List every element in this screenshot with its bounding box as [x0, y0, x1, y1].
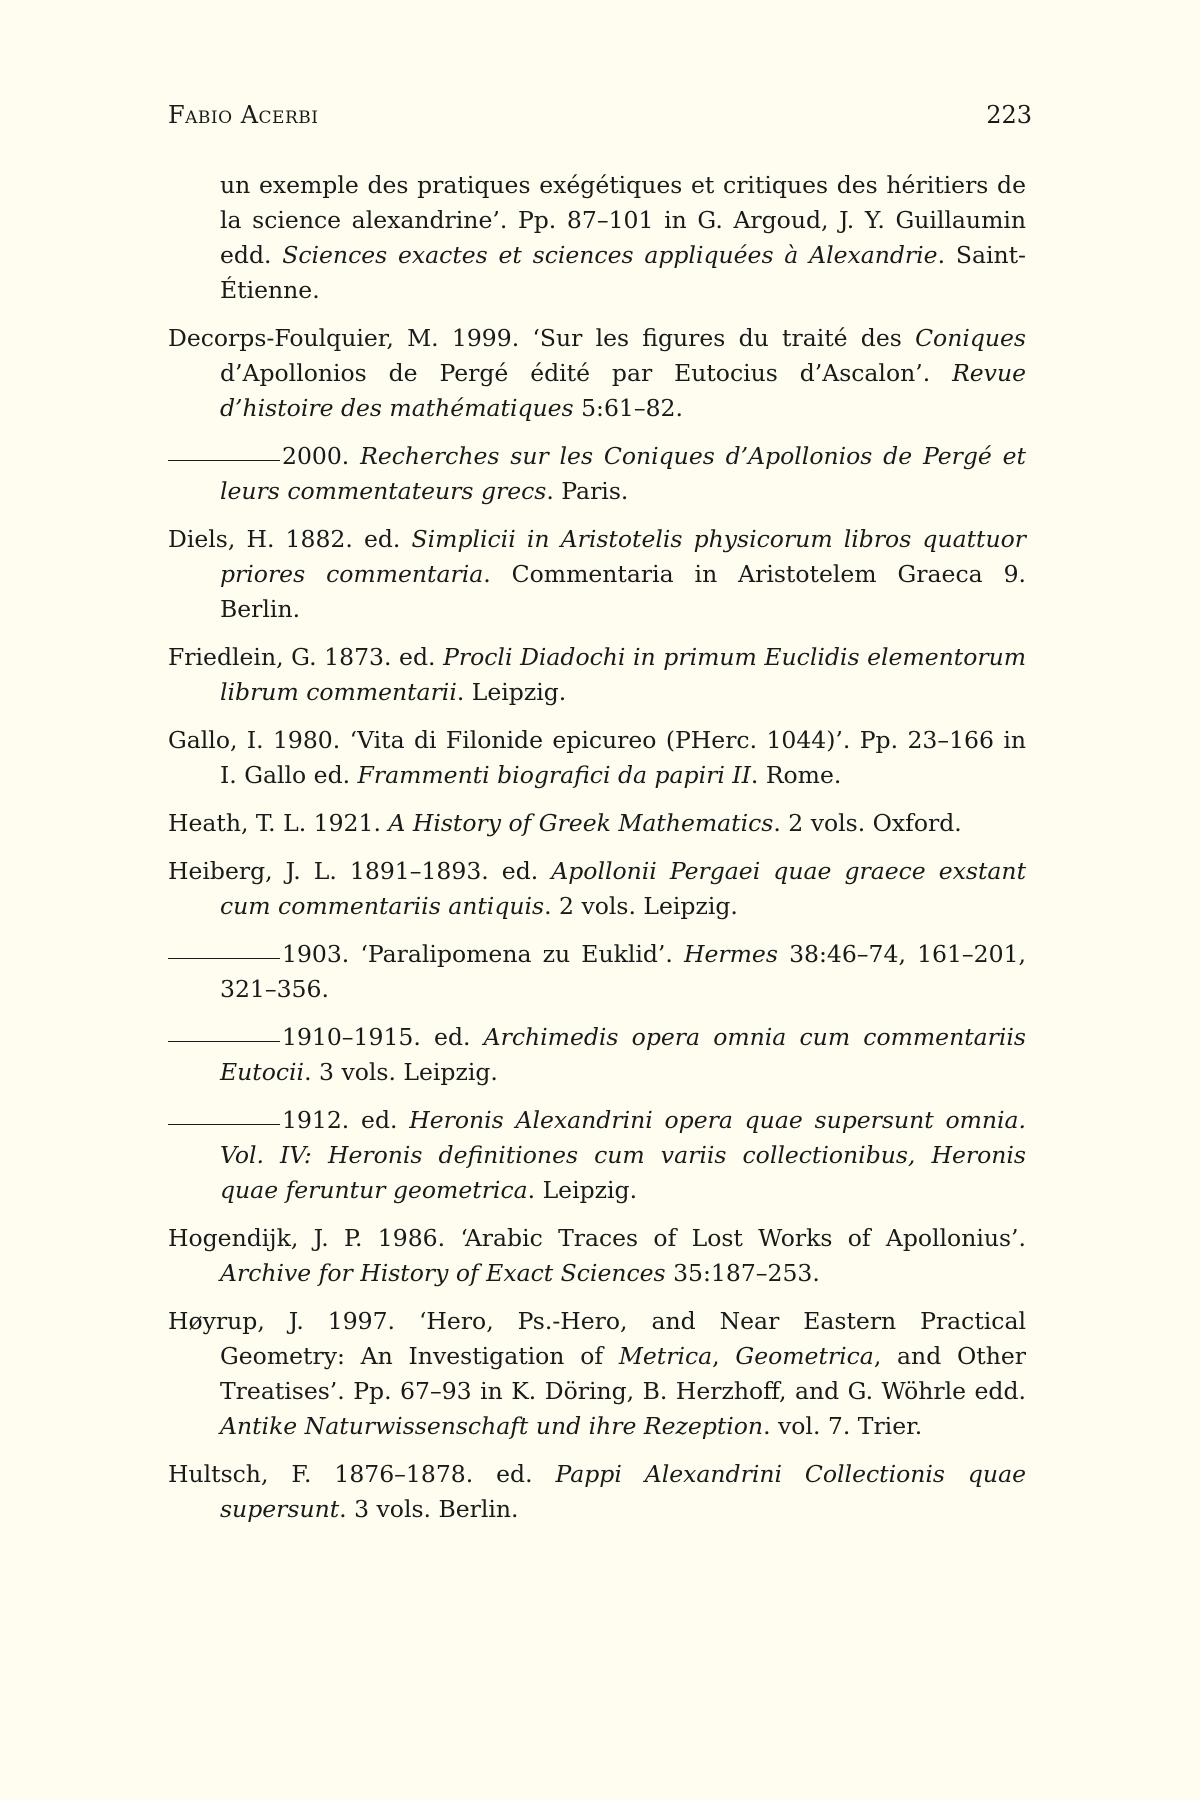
same-author-rule	[168, 1041, 280, 1042]
bibliography-entry: Heath, T. L. 1921. A History of Greek Ma…	[168, 806, 1026, 841]
citation-text: 1903. ‘Paralipomena zu Euklid’.	[282, 940, 684, 968]
citation-text: ,	[712, 1342, 735, 1370]
bibliography-entry: 2000. Recherches sur les Coniques d’Apol…	[168, 439, 1026, 509]
title-italic: A History of Greek Mathematics	[388, 809, 773, 837]
title-italic: Metrica	[619, 1342, 712, 1370]
title-italic: Frammenti biografici da papiri II	[358, 761, 751, 789]
same-author-rule	[168, 460, 280, 461]
bibliography-entry: 1903. ‘Paralipomena zu Euklid’. Hermes 3…	[168, 937, 1026, 1007]
bibliography-entry: Hogendijk, J. P. 1986. ‘Arabic Traces of…	[168, 1221, 1026, 1291]
citation-text: . 2 vols. Leipzig.	[544, 892, 738, 920]
citation-text: . vol. 7. Trier.	[763, 1412, 922, 1440]
citation-text: . Paris.	[546, 477, 628, 505]
page-number: 223	[986, 100, 1032, 130]
citation-text: 1910–1915. ed.	[282, 1023, 484, 1051]
bibliography-entry-continued: un exemple des pratiques exégétiques et …	[168, 168, 1026, 308]
citation-text: Diels, H. 1882. ed.	[168, 525, 412, 553]
title-italic: Archive for History of Exact Sciences	[220, 1259, 666, 1287]
citation-text: Heiberg, J. L. 1891–1893. ed.	[168, 857, 551, 885]
bibliography-entry: Decorps-Foulquier, M. 1999. ‘Sur les fig…	[168, 321, 1026, 426]
same-author-rule	[168, 958, 280, 959]
citation-text: . Leipzig.	[457, 678, 566, 706]
bibliography-entry: Høyrup, J. 1997. ‘Hero, Ps.-Hero, and Ne…	[168, 1304, 1026, 1444]
citation-text: 2000.	[282, 442, 360, 470]
bibliography-list: un exemple des pratiques exégétiques et …	[168, 168, 1026, 1540]
citation-text: Hultsch, F. 1876–1878. ed.	[168, 1460, 555, 1488]
title-italic: Geometrica	[735, 1342, 873, 1370]
running-head-author: Fabio Acerbi	[168, 100, 318, 130]
citation-text: . Leipzig.	[528, 1176, 637, 1204]
citation-text: 35:187–253.	[666, 1259, 820, 1287]
citation-text: Friedlein, G. 1873. ed.	[168, 643, 443, 671]
citation-text: Decorps-Foulquier, M. 1999. ‘Sur les fig…	[168, 324, 915, 352]
citation-text: . 3 vols. Leipzig.	[304, 1058, 498, 1086]
citation-text: Hogendijk, J. P. 1986. ‘Arabic Traces of…	[168, 1224, 1026, 1252]
citation-text: 5:61–82.	[574, 394, 683, 422]
bibliography-entry: 1910–1915. ed. Archimedis opera omnia cu…	[168, 1020, 1026, 1090]
title-italic: Antike Naturwissenschaft und ihre Rezept…	[220, 1412, 763, 1440]
citation-text: . 2 vols. Oxford.	[773, 809, 961, 837]
title-italic: Coniques	[915, 324, 1026, 352]
citation-text: . 3 vols. Berlin.	[339, 1495, 518, 1523]
running-head: Fabio Acerbi 223	[168, 100, 1032, 130]
bibliography-entry: Heiberg, J. L. 1891–1893. ed. Apollonii …	[168, 854, 1026, 924]
bibliography-entry: Diels, H. 1882. ed. Simplicii in Aristot…	[168, 522, 1026, 627]
citation-text: Heath, T. L. 1921.	[168, 809, 388, 837]
bibliography-entry: Hultsch, F. 1876–1878. ed. Pappi Alexand…	[168, 1457, 1026, 1527]
title-italic: Hermes	[684, 940, 778, 968]
bibliography-entry: Friedlein, G. 1873. ed. Procli Diadochi …	[168, 640, 1026, 710]
bibliography-entry: Gallo, I. 1980. ‘Vita di Filonide epicur…	[168, 723, 1026, 793]
same-author-rule	[168, 1124, 280, 1125]
bibliography-entry: 1912. ed. Heronis Alexandrini opera quae…	[168, 1103, 1026, 1208]
title-italic: Sciences exactes et sciences appliquées …	[282, 241, 937, 269]
citation-text: . Rome.	[751, 761, 841, 789]
citation-text: d’Apollonios de Pergé édité par Eutocius…	[220, 359, 952, 387]
citation-text: 1912. ed.	[282, 1106, 409, 1134]
